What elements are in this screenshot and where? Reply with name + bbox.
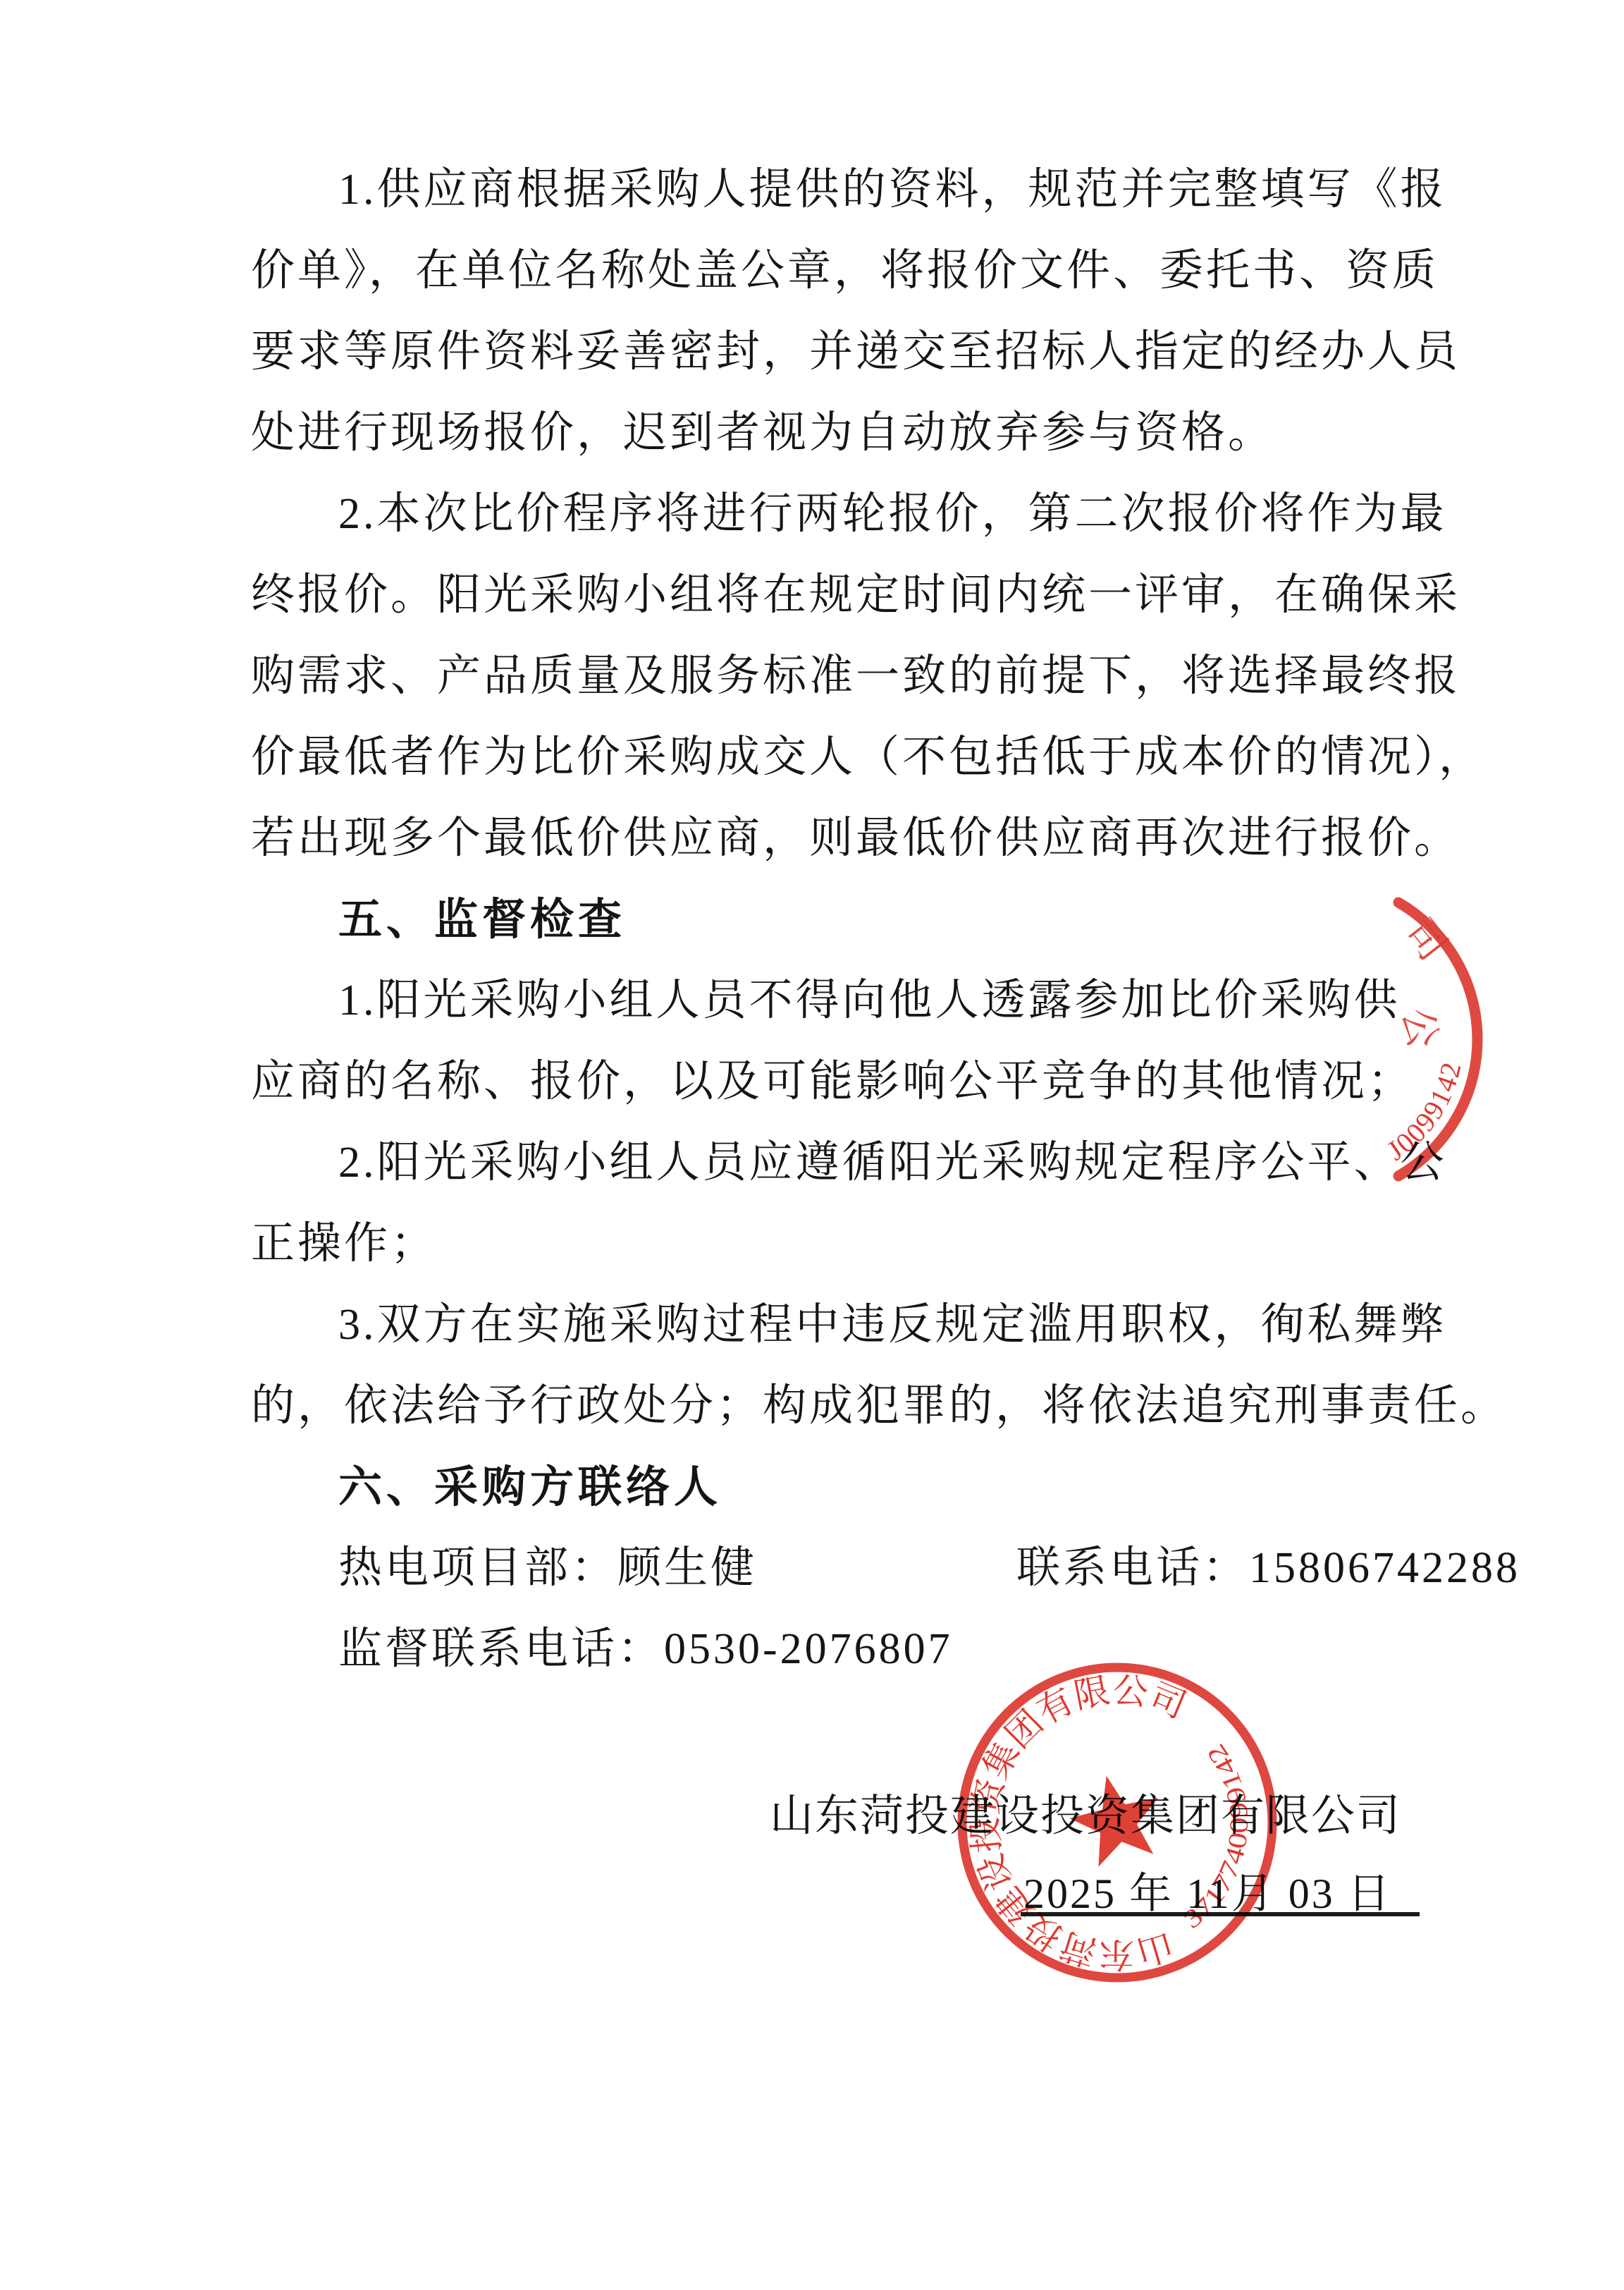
body-line: 2.阳光采购小组人员应遵循阳光采购规定程序公平、公 [251,1122,1449,1204]
signature-company: 山东菏投建设投资集团有限公司 [770,1791,1401,1842]
body-line: 终报价。阳光采购小组将在规定时间内统一评审，在确保采 [251,555,1449,636]
body-line: 处进行现场报价，迟到者视为自动放弃参与资格。 [251,393,1449,474]
body-line: 购需求、产品质量及服务标准一致的前提下，将选择最终报 [251,636,1449,717]
section-heading: 五、监督检查 [251,879,1449,960]
body-line: 价最低者作为比价采购成交人（不包括低于成本价的情况）， [251,717,1449,798]
body-line: 监督联系电话：0530-2076807 [251,1609,1449,1690]
body-line: 若出现多个最低价供应商，则最低价供应商再次进行报价。 [251,798,1449,879]
body-line: 应商的名称、报价，以及可能影响公平竞争的其他情况； [251,1041,1449,1122]
body-line: 3.双方在实施采购过程中违反规定滥用职权，徇私舞弊 [251,1285,1449,1366]
body-line: 要求等原件资料妥善密封，并递交至招标人指定的经办人员 [251,312,1449,393]
body-text: 1.供应商根据采购人提供的资料，规范并完整填写《报价单》，在单位名称处盖公章，将… [251,149,1449,1690]
document-page: 1.供应商根据采购人提供的资料，规范并完整填写《报价单》，在单位名称处盖公章，将… [0,0,1624,2290]
body-line: 价单》，在单位名称处盖公章，将报价文件、委托书、资质 [251,231,1449,312]
body-line: 的，依法给予行政处分；构成犯罪的，将依法追究刑事责任。 [251,1366,1449,1447]
contact-phone: 联系电话：15806742288 [929,1528,1520,1609]
contact-department: 热电项目部：顾生健 [338,1544,757,1592]
body-line: 1.供应商根据采购人提供的资料，规范并完整填写《报 [251,149,1449,231]
section-heading: 六、采购方联络人 [251,1447,1449,1528]
signature-underline [1021,1912,1420,1916]
body-line: 2.本次比价程序将进行两轮报价，第二次报价将作为最 [251,474,1449,555]
body-line: 1.阳光采购小组人员不得向他人透露参加比价采购供 [251,960,1449,1041]
body-line: 热电项目部：顾生健联系电话：15806742288 [251,1528,1449,1609]
body-line: 正操作； [251,1204,1449,1285]
